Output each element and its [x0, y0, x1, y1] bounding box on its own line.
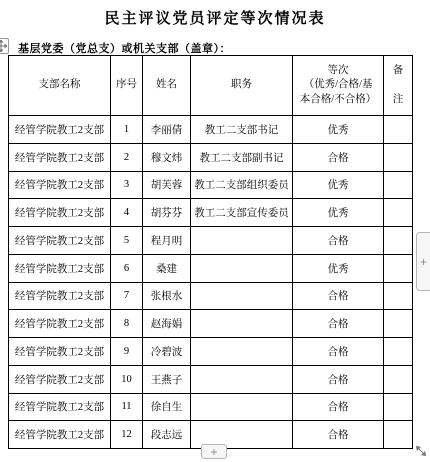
- seal-caption[interactable]: 基层党委（党总支）或机关支部（盖章）：: [18, 40, 231, 56]
- cell-remark[interactable]: [384, 365, 413, 393]
- cell-index[interactable]: 5: [111, 227, 143, 255]
- table-row: 经管学院教工2支部 1 李丽倩 教工二支部书记 优秀: [9, 116, 413, 144]
- table-row: 经管学院教工2支部 7 张根水 合格: [9, 282, 413, 310]
- cell-remark[interactable]: [384, 282, 413, 310]
- cell-remark[interactable]: [384, 310, 413, 338]
- cell-index[interactable]: 12: [111, 421, 143, 449]
- diagonal-resize-icon: [415, 445, 427, 457]
- cell-grade[interactable]: 优秀: [293, 171, 384, 199]
- table-row: 经管学院教工2支部 10 王燕子 合格: [9, 365, 413, 393]
- cell-name[interactable]: 徐自生: [143, 393, 191, 421]
- evaluation-table: 支部名称 序号 姓名 职务 等次 （优秀/合格/基 本合格/不合格） 备 注 经…: [8, 55, 413, 449]
- cell-remark[interactable]: [384, 199, 413, 227]
- cell-name[interactable]: 程月明: [143, 227, 191, 255]
- cell-grade[interactable]: 合格: [293, 227, 384, 255]
- cell-position[interactable]: 教工二支部副书记: [191, 143, 293, 171]
- cell-grade[interactable]: 合格: [293, 143, 384, 171]
- cell-position[interactable]: [191, 227, 293, 255]
- cell-branch[interactable]: 经管学院教工2支部: [9, 199, 111, 227]
- cell-grade[interactable]: 合格: [293, 282, 384, 310]
- cell-remark[interactable]: [384, 116, 413, 144]
- cell-index[interactable]: 11: [111, 393, 143, 421]
- page-title[interactable]: 民主评议党员评定等次情况表: [0, 7, 430, 28]
- add-row-button[interactable]: +: [201, 444, 227, 459]
- cell-name[interactable]: 李丽倩: [143, 116, 191, 144]
- table-row: 经管学院教工2支部 2 穆文炜 教工二支部副书记 合格: [9, 143, 413, 171]
- cell-name[interactable]: 胡芙蓉: [143, 171, 191, 199]
- table-row: 经管学院教工2支部 5 程月明 合格: [9, 227, 413, 255]
- cell-index[interactable]: 3: [111, 171, 143, 199]
- add-column-button[interactable]: +: [416, 232, 430, 291]
- cell-name[interactable]: 桑建: [143, 254, 191, 282]
- cell-grade[interactable]: 合格: [293, 338, 384, 366]
- header-name[interactable]: 姓名: [143, 56, 191, 116]
- cell-name[interactable]: 段志远: [143, 421, 191, 449]
- table-body: 经管学院教工2支部 1 李丽倩 教工二支部书记 优秀 经管学院教工2支部 2 穆…: [9, 116, 413, 449]
- cell-branch[interactable]: 经管学院教工2支部: [9, 116, 111, 144]
- cell-index[interactable]: 7: [111, 282, 143, 310]
- cell-position[interactable]: 教工二支部书记: [191, 116, 293, 144]
- cell-remark[interactable]: [384, 254, 413, 282]
- cell-branch[interactable]: 经管学院教工2支部: [9, 421, 111, 449]
- cell-remark[interactable]: [384, 338, 413, 366]
- cell-grade[interactable]: 合格: [293, 421, 384, 449]
- cell-position[interactable]: [191, 282, 293, 310]
- cell-grade[interactable]: 合格: [293, 365, 384, 393]
- cell-position[interactable]: [191, 338, 293, 366]
- cell-branch[interactable]: 经管学院教工2支部: [9, 143, 111, 171]
- header-index[interactable]: 序号: [111, 56, 143, 116]
- cell-index[interactable]: 1: [111, 116, 143, 144]
- table-row: 经管学院教工2支部 4 胡芬芬 教工二支部宣传委员 优秀: [9, 199, 413, 227]
- cell-remark[interactable]: [384, 171, 413, 199]
- cell-remark[interactable]: [384, 227, 413, 255]
- plus-icon: +: [210, 446, 217, 458]
- cell-branch[interactable]: 经管学院教工2支部: [9, 393, 111, 421]
- cell-remark[interactable]: [384, 421, 413, 449]
- header-position[interactable]: 职务: [191, 56, 293, 116]
- table-row: 经管学院教工2支部 9 冷碧波 合格: [9, 338, 413, 366]
- cell-branch[interactable]: 经管学院教工2支部: [9, 365, 111, 393]
- table-row: 经管学院教工2支部 6 桑建 优秀: [9, 254, 413, 282]
- cell-position[interactable]: [191, 365, 293, 393]
- table-row: 经管学院教工2支部 3 胡芙蓉 教工二支部组织委员 优秀: [9, 171, 413, 199]
- cell-remark[interactable]: [384, 393, 413, 421]
- cell-branch[interactable]: 经管学院教工2支部: [9, 171, 111, 199]
- cell-branch[interactable]: 经管学院教工2支部: [9, 282, 111, 310]
- cell-grade[interactable]: 优秀: [293, 254, 384, 282]
- cell-position[interactable]: [191, 393, 293, 421]
- table-move-handle[interactable]: [0, 38, 9, 54]
- plus-icon: +: [420, 256, 427, 268]
- cell-index[interactable]: 6: [111, 254, 143, 282]
- cell-index[interactable]: 4: [111, 199, 143, 227]
- cell-name[interactable]: 胡芬芬: [143, 199, 191, 227]
- header-row: 支部名称 序号 姓名 职务 等次 （优秀/合格/基 本合格/不合格） 备 注: [9, 56, 413, 116]
- cell-grade[interactable]: 合格: [293, 310, 384, 338]
- cell-grade[interactable]: 优秀: [293, 116, 384, 144]
- cross-arrows-icon: [0, 40, 7, 52]
- cell-index[interactable]: 2: [111, 143, 143, 171]
- cell-remark[interactable]: [384, 143, 413, 171]
- header-grade[interactable]: 等次 （优秀/合格/基 本合格/不合格）: [293, 56, 384, 116]
- cell-position[interactable]: [191, 310, 293, 338]
- cell-branch[interactable]: 经管学院教工2支部: [9, 227, 111, 255]
- cell-index[interactable]: 9: [111, 338, 143, 366]
- cell-name[interactable]: 赵海娟: [143, 310, 191, 338]
- cell-grade[interactable]: 合格: [293, 393, 384, 421]
- cell-position[interactable]: [191, 254, 293, 282]
- cell-name[interactable]: 冷碧波: [143, 338, 191, 366]
- cell-name[interactable]: 王燕子: [143, 365, 191, 393]
- cell-branch[interactable]: 经管学院教工2支部: [9, 338, 111, 366]
- cell-branch[interactable]: 经管学院教工2支部: [9, 310, 111, 338]
- cell-position[interactable]: 教工二支部组织委员: [191, 171, 293, 199]
- cell-index[interactable]: 10: [111, 365, 143, 393]
- table-resize-handle[interactable]: [414, 444, 427, 457]
- cell-name[interactable]: 张根水: [143, 282, 191, 310]
- header-branch[interactable]: 支部名称: [9, 56, 111, 116]
- cell-branch[interactable]: 经管学院教工2支部: [9, 254, 111, 282]
- table-row: 经管学院教工2支部 8 赵海娟 合格: [9, 310, 413, 338]
- cell-position[interactable]: 教工二支部宣传委员: [191, 199, 293, 227]
- cell-grade[interactable]: 优秀: [293, 199, 384, 227]
- header-remark[interactable]: 备 注: [384, 56, 413, 116]
- table-row: 经管学院教工2支部 11 徐自生 合格: [9, 393, 413, 421]
- cell-name[interactable]: 穆文炜: [143, 143, 191, 171]
- cell-index[interactable]: 8: [111, 310, 143, 338]
